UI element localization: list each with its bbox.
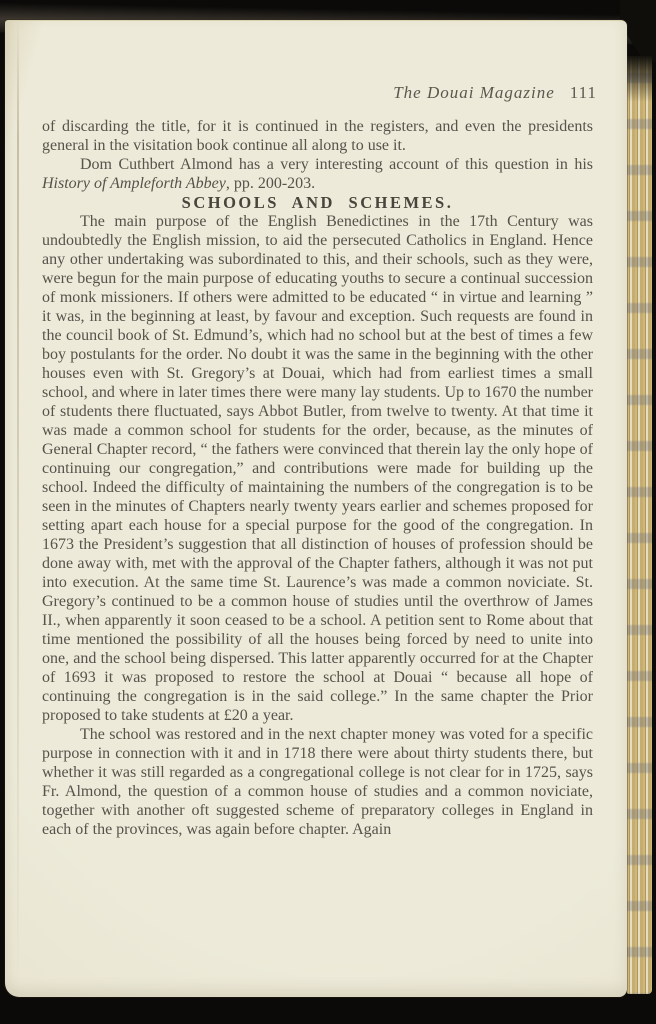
paragraph-almond-reference: Dom Cuthbert Almond has a very interesti… [42, 155, 593, 193]
book-photo: The Douai Magazine111 of discarding the … [0, 0, 656, 1024]
page-header: The Douai Magazine111 [5, 83, 597, 103]
text-column: of discarding the title, for it is conti… [42, 117, 593, 839]
paragraph-continued: of discarding the title, for it is conti… [42, 117, 593, 155]
page-stack-edges [627, 56, 652, 994]
journal-title: The Douai Magazine [393, 83, 555, 102]
paragraph-school-restored: The school was restored and in the next … [42, 725, 593, 839]
book-title-italic: History of Ampleforth Abbey [42, 175, 226, 192]
section-heading: SCHOOLS AND SCHEMES. [42, 193, 593, 212]
text-run: , pp. 200-203. [226, 175, 315, 192]
paragraph-schools-history: The main purpose of the English Benedict… [42, 212, 593, 725]
page-number: 111 [570, 83, 597, 102]
book-page: The Douai Magazine111 of discarding the … [5, 20, 627, 997]
text-run: Dom Cuthbert Almond has a very interesti… [80, 156, 593, 173]
